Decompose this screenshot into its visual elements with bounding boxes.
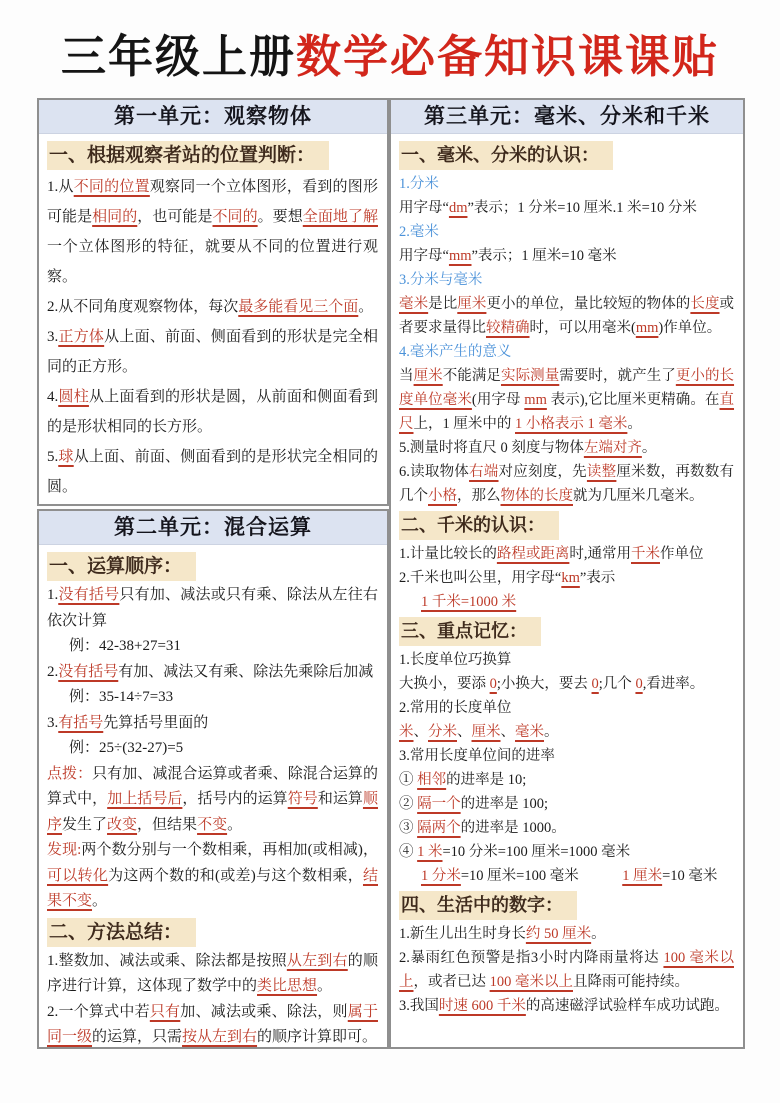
paragraph: 1.整数加、减法或乘、除法都是按照从左到右的顺序进行计算，这体现了数学中的类比思… [47, 949, 378, 1000]
text-segment: 球 [58, 449, 73, 465]
text-segment: 时,通常用 [569, 546, 631, 562]
text-segment: 厘米 [414, 368, 443, 384]
text-segment: 是比 [428, 296, 457, 312]
paragraph: 2.千米也叫公里，用字母“km”表示 [399, 566, 734, 590]
text-segment: 分米 [428, 724, 457, 740]
unit-header: 第一单元：观察物体 [39, 100, 387, 134]
text-segment: 3.我国 [399, 998, 439, 1014]
text-segment: 米 [399, 724, 414, 740]
unit-header: 第二单元：混合运算 [39, 511, 387, 545]
text-segment: ;几个 [599, 676, 636, 692]
paragraph: 2.常用的长度单位 [399, 696, 734, 720]
page-title: 三年级上册数学必备知识课课贴 [0, 0, 780, 84]
text-segment: 厘米 [457, 296, 486, 312]
unit-box-unit2: 第二单元：混合运算一、运算顺序：1.没有括号只有加、减法或只有乘、除法从左往右依… [37, 509, 389, 1049]
text-segment: 左端对齐 [584, 440, 642, 456]
text-segment: 2.从不同角度观察物体，每次 [47, 299, 238, 315]
text-segment: 3. [47, 329, 58, 345]
text-segment: 没有括号 [58, 664, 118, 680]
section-subheader-text: 三、重点记忆： [399, 617, 541, 646]
text-segment: 。 [544, 724, 559, 740]
paragraph: 点拨：只有加、减混合运算或者乘、除混合运算的算式中，加上括号后，括号内的运算符号… [47, 762, 378, 839]
text-segment: 最多能看见三个面 [238, 299, 358, 315]
paragraph: 5.测量时将直尺 0 刻度与物体左端对齐。 [399, 436, 734, 460]
text-segment: ，或者已达 [414, 974, 490, 990]
text-segment: (用字母 [472, 392, 524, 408]
text-segment: ，也可能是 [137, 209, 212, 225]
text-segment: 先算括号里面的 [103, 715, 208, 731]
text-segment: 可以转化 [47, 868, 108, 884]
text-segment: 上，1 厘米中的 [414, 416, 516, 432]
title-subject-text: 数学必备知识课课贴 [296, 32, 719, 82]
text-segment: mm [524, 392, 547, 408]
paragraph: 毫米是比厘米更小的单位，量比较短的物体的长度或者要求量得比较精确时，可以用毫米(… [399, 292, 734, 340]
text-segment: 长度 [690, 296, 719, 312]
text-segment: 1 千米=1000 米 [421, 594, 516, 610]
text-segment: 的高速磁浮试验样车成功试跑。 [526, 998, 729, 1014]
text-segment: 约 50 厘米 [526, 926, 591, 942]
paragraph: ② 隔一个的进率是 100; [399, 792, 734, 816]
text-segment: ③ [399, 820, 417, 836]
text-segment: 4.毫米产生的意义 [399, 344, 511, 360]
text-segment: 6.读取物体 [399, 464, 469, 480]
text-segment: 。 [227, 817, 242, 833]
text-segment: 1.整数加、减法或乘、除法都是按照 [47, 953, 287, 969]
unit-header: 第三单元：毫米、分米和千米 [391, 100, 743, 134]
text-segment: ”表示；1 分米=10 厘米.1 米=10 分米 [467, 200, 696, 216]
text-segment: 5. [47, 449, 58, 465]
text-segment: 圆柱 [58, 389, 89, 405]
text-segment: 改变 [107, 817, 137, 833]
text-segment: 实际测量 [501, 368, 559, 384]
paragraph: 3.有括号先算括号里面的 [47, 711, 378, 737]
text-segment: 例：25÷(32-27)=5 [69, 740, 183, 756]
text-segment: 的运算，只需 [92, 1029, 182, 1045]
text-segment: 用字母“ [399, 200, 449, 216]
paragraph: 3.正方体从上面、前面、侧面看到的形状是完全相同的正方形。 [47, 322, 378, 382]
text-segment: 相同的 [92, 209, 137, 225]
text-segment: 和运算 [318, 791, 363, 807]
text-segment: 的进率是 100; [461, 796, 548, 812]
text-segment: 点拨： [47, 766, 92, 782]
text-segment: 例：35-14÷7=33 [69, 689, 173, 705]
text-segment: 读整 [587, 464, 616, 480]
text-segment: 全面地了解 [303, 209, 378, 225]
text-segment: 右端 [469, 464, 498, 480]
section-subheader: 二、千米的认识： [399, 511, 734, 540]
text-segment: 2.一个算式中若 [47, 1004, 150, 1020]
paragraph: 2.暴雨红色预警是指3小时内降雨量将达 100 毫米以上，或者已达 100 毫米… [399, 946, 734, 994]
text-segment: 。 [627, 416, 642, 432]
paragraph: 4.圆柱从上面看到的形状是圆，从前面和侧面看到的是形状相同的长方形。 [47, 382, 378, 442]
paragraph: 2.一个算式中若只有加、减法或乘、除法，则属于同一级的运算，只需按从左到右的顺序… [47, 1000, 378, 1050]
text-segment: 当 [399, 368, 414, 384]
text-segment: 1 米 [417, 844, 442, 860]
section-subheader: 一、根据观察者站的位置判断： [47, 141, 378, 170]
text-segment: 、 [457, 724, 472, 740]
text-segment: ，括号内的运算 [182, 791, 287, 807]
section-subheader: 二、方法总结： [47, 918, 378, 947]
content-columns: 第一单元：观察物体一、根据观察者站的位置判断：1.从不同的位置观察同一个立体图形… [0, 84, 780, 1049]
text-segment: 1 小格表示 1 毫米 [515, 416, 627, 432]
section-subheader: 一、运算顺序： [47, 552, 378, 581]
text-segment: mm [636, 320, 659, 336]
text-segment: 不变 [197, 817, 227, 833]
title-grade-text: 三年级上册 [61, 32, 296, 82]
text-segment: 从上面看到的形状是圆，从前面和侧面看到的是形状相同的长方形。 [47, 389, 378, 435]
paragraph: 1 分米=10 厘米=100 毫米 1 厘米=10 毫米 [399, 864, 734, 888]
text-segment: 毫米 [399, 296, 428, 312]
text-segment: )作单位。 [658, 320, 721, 336]
paragraph: 1.计量比较长的路程或距离时,通常用千米作单位 [399, 542, 734, 566]
text-segment: 2. [47, 664, 58, 680]
text-segment: ① [399, 772, 417, 788]
paragraph: 3.分米与毫米 [399, 268, 734, 292]
text-segment: 用字母“ [399, 248, 449, 264]
section-subheader: 四、生活中的数字： [399, 891, 734, 920]
text-segment: 厘米 [472, 724, 501, 740]
text-segment: 。 [358, 299, 373, 315]
text-segment: 大换小，要添 [399, 676, 490, 692]
text-segment: 1.新生儿出生时身长 [399, 926, 526, 942]
text-segment: 较精确 [486, 320, 530, 336]
text-segment [579, 868, 623, 884]
paragraph: 1 千米=1000 米 [399, 590, 734, 614]
text-segment: 0 [490, 676, 497, 692]
paragraph: 1.分米 [399, 172, 734, 196]
text-segment: 时速 600 千米 [439, 998, 526, 1014]
paragraph: 3.我国时速 600 千米的高速磁浮试验样车成功试跑。 [399, 994, 734, 1018]
paragraph: 1.没有括号只有加、减法或只有乘、除法从左往右依次计算 [47, 583, 378, 634]
section-subheader-text: 四、生活中的数字： [399, 891, 577, 920]
paragraph: 例：35-14÷7=33 [47, 685, 378, 711]
paragraph: ③ 隔两个的进率是 1000。 [399, 816, 734, 840]
text-segment: 作单位 [660, 546, 704, 562]
paragraph: 3.常用长度单位间的进率 [399, 744, 734, 768]
text-segment: 3. [47, 715, 58, 731]
text-segment: =10 分米=100 厘米=1000 毫米 [443, 844, 631, 860]
text-segment: 就为几厘米几毫米。 [573, 488, 704, 504]
text-segment: km [561, 570, 580, 586]
section-subheader-text: 一、根据观察者站的位置判断： [47, 141, 329, 170]
text-segment: 不能满足 [443, 368, 501, 384]
text-segment: 的顺序计算即可。 [257, 1029, 377, 1045]
text-segment: ,看进率。 [643, 676, 705, 692]
text-segment: ”表示；1 厘米=10 毫米 [472, 248, 617, 264]
text-segment: 1 厘米 [622, 868, 662, 884]
unit-body: 一、根据观察者站的位置判断：1.从不同的位置观察同一个立体图形，看到的图形可能是… [39, 134, 387, 504]
text-segment: mm [449, 248, 472, 264]
paragraph: 4.毫米产生的意义 [399, 340, 734, 364]
text-segment: 需要时，就产生了 [559, 368, 676, 384]
paragraph: 大换小，要添 0;小换大，要去 0;几个 0,看进率。 [399, 672, 734, 696]
text-segment: =10 毫米 [662, 868, 717, 884]
text-segment: 1 分米 [421, 868, 461, 884]
text-segment: 。 [92, 893, 107, 909]
text-segment: 2.常用的长度单位 [399, 700, 511, 716]
unit-body: 一、运算顺序：1.没有括号只有加、减法或只有乘、除法从左往右依次计算例：42-3… [39, 545, 387, 1049]
text-segment: ④ [399, 844, 417, 860]
section-subheader-text: 一、毫米、分米的认识： [399, 141, 613, 170]
paragraph: 2.从不同角度观察物体，每次最多能看见三个面。 [47, 292, 378, 322]
text-segment: 发现: [47, 842, 81, 858]
text-segment: 例：42-38+27=31 [69, 638, 181, 654]
paragraph: ④ 1 米=10 分米=100 厘米=1000 毫米 [399, 840, 734, 864]
text-segment: 表示),它比厘米更精确。在 [547, 392, 720, 408]
text-segment: 路程或距离 [497, 546, 570, 562]
text-segment: 只有 [150, 1004, 180, 1020]
text-segment: 毫米 [515, 724, 544, 740]
text-segment: 小格 [428, 488, 457, 504]
text-segment: 不同的位置 [74, 179, 150, 195]
text-segment: 有加、减法又有乘、除法先乘除后加减 [118, 664, 373, 680]
text-segment: 有括号 [58, 715, 103, 731]
text-segment: 。 [317, 978, 332, 994]
text-segment: 1.长度单位巧换算 [399, 652, 511, 668]
paragraph: 1.新生儿出生时身长约 50 厘米。 [399, 922, 734, 946]
text-segment: 对应刻度，先 [499, 464, 587, 480]
text-segment: 100 毫米以上 [490, 974, 573, 990]
text-segment: 加、减法或乘、除法，则 [180, 1004, 347, 1020]
text-segment: 时，可以用毫米( [530, 320, 636, 336]
text-segment: 的进率是 1000。 [461, 820, 566, 836]
text-segment: 从上面、前面、侧面看到的是形状完全相同的圆。 [47, 449, 378, 495]
text-segment: 、 [414, 724, 429, 740]
text-segment: 。 [591, 926, 606, 942]
text-segment: 。 [642, 440, 657, 456]
paragraph: 2.毫米 [399, 220, 734, 244]
paragraph: 例：42-38+27=31 [47, 634, 378, 660]
paragraph: 6.读取物体右端对应刻度，先读整厘米数，再数数有几个小格，那么物体的长度就为几厘… [399, 460, 734, 508]
text-segment: 没有括号 [58, 587, 119, 603]
text-segment: dm [449, 200, 468, 216]
text-segment: 类比思想 [257, 978, 317, 994]
paragraph: 5.球从上面、前面、侧面看到的是形状完全相同的圆。 [47, 442, 378, 502]
text-segment: 千米 [631, 546, 660, 562]
text-segment: 两个数分别与一个数相乘，再相加(或相减)， [81, 842, 378, 858]
text-segment: 从左到右 [287, 953, 348, 969]
text-segment: 3.分米与毫米 [399, 272, 482, 288]
paragraph: 用字母“mm”表示；1 厘米=10 毫米 [399, 244, 734, 268]
left-column: 第一单元：观察物体一、根据观察者站的位置判断：1.从不同的位置观察同一个立体图形… [37, 98, 389, 1049]
text-segment: ”表示 [580, 570, 615, 586]
text-segment: 100 毫米 [663, 950, 719, 966]
text-segment: 的进率是 10; [446, 772, 526, 788]
text-segment: 4. [47, 389, 58, 405]
text-segment: 发生了 [62, 817, 107, 833]
text-segment: 更小的单位，量比较短的物体的 [486, 296, 690, 312]
text-segment: 且降雨可能持续。 [573, 974, 689, 990]
text-segment: 1.分米 [399, 176, 439, 192]
unit-box-unit3: 第三单元：毫米、分米和千米一、毫米、分米的认识：1.分米用字母“dm”表示；1 … [389, 98, 745, 1049]
section-subheader: 三、重点记忆： [399, 617, 734, 646]
section-subheader-text: 一、运算顺序： [47, 552, 196, 581]
section-subheader-text: 二、千米的认识： [399, 511, 559, 540]
text-segment: 为这两个数的和(或差)与这个数相乘， [108, 868, 363, 884]
paragraph: 发现:两个数分别与一个数相乘，再相加(或相减)，可以转化为这两个数的和(或差)与… [47, 838, 378, 915]
text-segment: =10 厘米=100 毫米 [461, 868, 579, 884]
text-segment: 符号 [288, 791, 318, 807]
text-segment: 隔两个 [417, 820, 461, 836]
paragraph: 2.没有括号有加、减法又有乘、除法先乘除后加减 [47, 660, 378, 686]
text-segment: 2.暴雨红色预警是指3小时内降雨量将达 [399, 950, 663, 966]
text-segment: 1.计量比较长的 [399, 546, 497, 562]
text-segment: 隔一个 [417, 796, 461, 812]
paragraph: ① 相邻的进率是 10; [399, 768, 734, 792]
text-segment: 。要想 [258, 209, 303, 225]
paragraph: 1.长度单位巧换算 [399, 648, 734, 672]
text-segment: 0 [592, 676, 599, 692]
text-segment: 2.毫米 [399, 224, 439, 240]
paragraph: 米、分米、厘米、毫米。 [399, 720, 734, 744]
text-segment: ，但结果 [137, 817, 197, 833]
paragraph: 用字母“dm”表示；1 分米=10 厘米.1 米=10 分米 [399, 196, 734, 220]
unit-body: 一、毫米、分米的认识：1.分米用字母“dm”表示；1 分米=10 厘米.1 米=… [391, 134, 743, 1020]
text-segment: 不同的 [213, 209, 258, 225]
text-segment: 1. [47, 587, 58, 603]
text-segment: 相邻 [417, 772, 446, 788]
text-segment: 物体的长度 [501, 488, 574, 504]
text-segment: ，那么 [457, 488, 501, 504]
text-segment: 2.千米也叫公里，用字母“ [399, 570, 561, 586]
text-segment: ② [399, 796, 417, 812]
text-segment: ;小换大，要去 [497, 676, 592, 692]
paragraph: 1.从不同的位置观察同一个立体图形，看到的图形可能是相同的，也可能是不同的。要想… [47, 172, 378, 292]
text-segment: 5.测量时将直尺 0 刻度与物体 [399, 440, 584, 456]
text-segment: 、 [501, 724, 516, 740]
text-segment: 3.常用长度单位间的进率 [399, 748, 555, 764]
unit-box-unit1: 第一单元：观察物体一、根据观察者站的位置判断：1.从不同的位置观察同一个立体图形… [37, 98, 389, 506]
paragraph: 当厘米不能满足实际测量需要时，就产生了更小的长度单位毫米(用字母 mm 表示),… [399, 364, 734, 436]
page: 三年级上册数学必备知识课课贴 第一单元：观察物体一、根据观察者站的位置判断：1.… [0, 0, 780, 1103]
section-subheader: 一、毫米、分米的认识： [399, 141, 734, 170]
text-segment: 加上括号后 [107, 791, 182, 807]
section-subheader-text: 二、方法总结： [47, 918, 196, 947]
text-segment: 正方体 [58, 329, 104, 345]
right-column: 第三单元：毫米、分米和千米一、毫米、分米的认识：1.分米用字母“dm”表示；1 … [389, 98, 745, 1049]
text-segment: 按从左到右 [182, 1029, 257, 1045]
text-segment: 一个立体图形的特征，就要从不同的位置进行观察。 [47, 239, 378, 285]
text-segment: 1.从 [47, 179, 74, 195]
text-segment: 0 [635, 676, 642, 692]
paragraph: 例：25÷(32-27)=5 [47, 736, 378, 762]
